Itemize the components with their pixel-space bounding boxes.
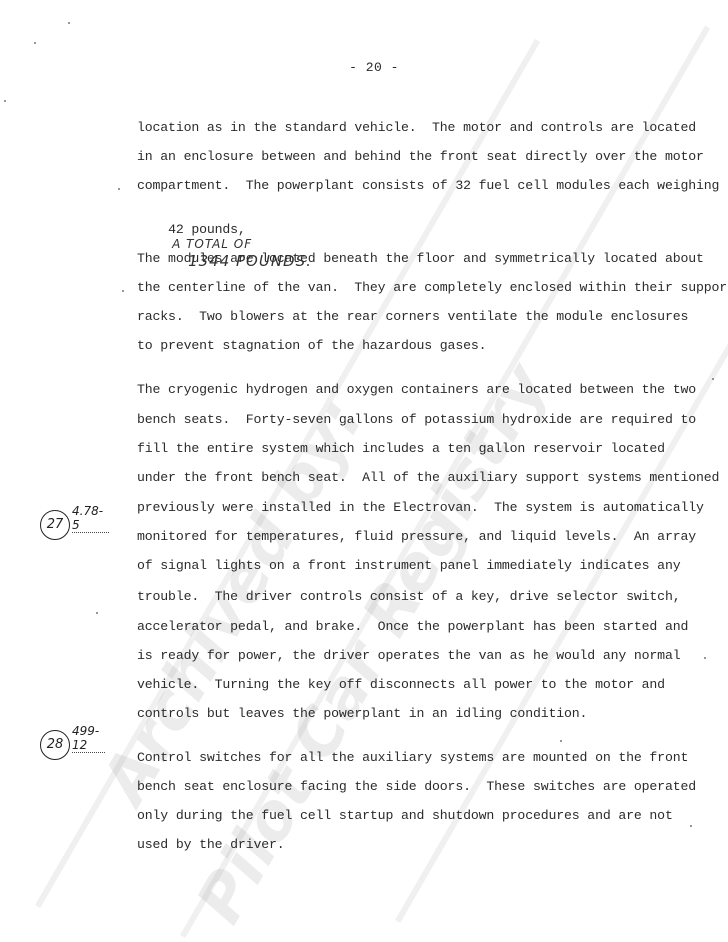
scan-speck xyxy=(704,657,706,659)
text-line: under the front bench seat. All of the a… xyxy=(137,470,719,485)
scan-speck xyxy=(34,42,36,44)
scan-speck xyxy=(712,378,714,380)
scan-speck xyxy=(96,612,98,614)
circled-number: 28 xyxy=(40,730,70,760)
reference-number: 499-12 xyxy=(72,724,105,753)
text-line: only during the fuel cell startup and sh… xyxy=(137,808,673,823)
text-line: in an enclosure between and behind the f… xyxy=(137,149,704,164)
text-line: monitored for temperatures, fluid pressu… xyxy=(137,529,696,544)
text-line: previously were installed in the Electro… xyxy=(137,500,704,515)
text-line-handwritten-addition: 42 pounds, A TOTAL OF 1344 POUNDS. xyxy=(137,207,312,285)
text-line: accelerator pedal, and brake. Once the p… xyxy=(137,619,688,634)
typed-text: 42 pounds, xyxy=(168,222,246,237)
scan-speck xyxy=(118,188,120,190)
text-line: The modules are located beneath the floo… xyxy=(137,251,704,266)
circled-number: 27 xyxy=(40,510,70,540)
reference-number: 4.78-5 xyxy=(72,504,109,533)
text-line: compartment. The powerplant consists of … xyxy=(137,178,719,193)
handwritten-text: A TOTAL OF xyxy=(172,237,252,251)
text-line: Control switches for all the auxiliary s… xyxy=(137,750,688,765)
text-line: racks. Two blowers at the rear corners v… xyxy=(137,309,688,324)
scan-speck xyxy=(122,290,124,292)
text-line: is ready for power, the driver operates … xyxy=(137,648,680,663)
text-line: of signal lights on a front instrument p… xyxy=(137,558,680,573)
scan-speck xyxy=(68,22,70,24)
text-line: bench seats. Forty-seven gallons of pota… xyxy=(137,412,696,427)
document-page: Archived by: Pilot Car Registry - 20 - l… xyxy=(0,0,728,942)
text-line: vehicle. Turning the key off disconnects… xyxy=(137,677,665,692)
text-line: trouble. The driver controls consist of … xyxy=(137,589,680,604)
text-line: the centerline of the van. They are comp… xyxy=(137,280,728,295)
text-line: fill the entire system which includes a … xyxy=(137,441,665,456)
scan-speck xyxy=(4,100,6,102)
text-line: location as in the standard vehicle. The… xyxy=(137,120,696,135)
scan-speck xyxy=(560,740,562,742)
text-line: bench seat enclosure facing the side doo… xyxy=(137,779,696,794)
text-line: controls but leaves the powerplant in an… xyxy=(137,706,587,721)
page-number: - 20 - xyxy=(10,60,728,75)
text-line: to prevent stagnation of the hazardous g… xyxy=(137,338,486,353)
text-line: The cryogenic hydrogen and oxygen contai… xyxy=(137,382,696,397)
scan-speck xyxy=(690,825,692,827)
text-line: used by the driver. xyxy=(137,837,285,852)
